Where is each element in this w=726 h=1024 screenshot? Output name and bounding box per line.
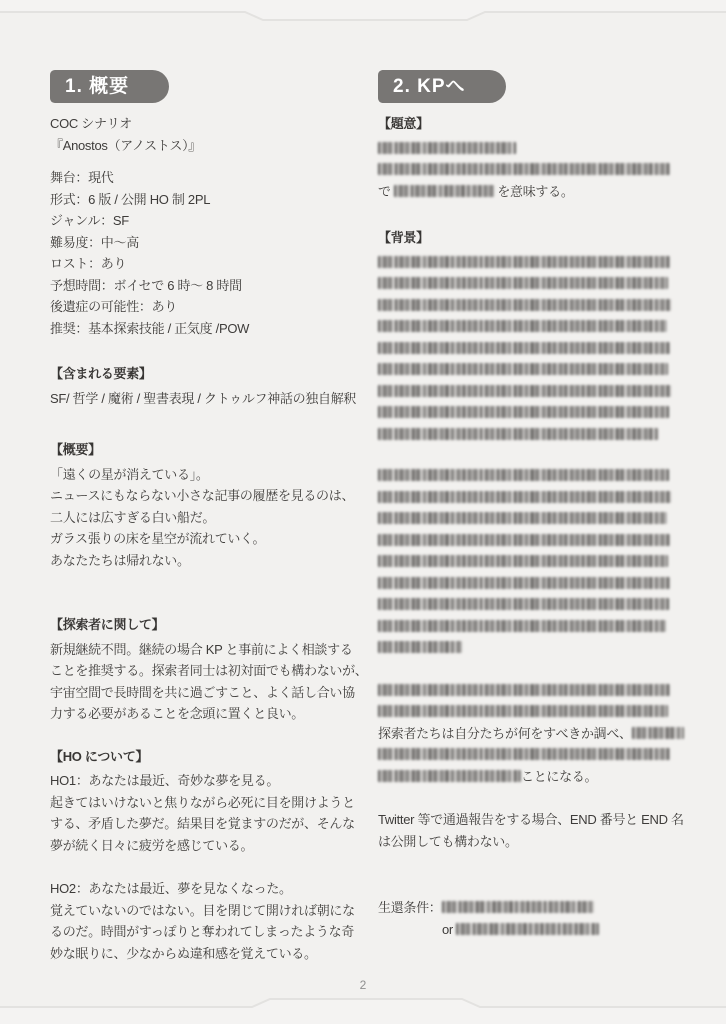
- text-line: 形式：6 版 / 公開 HO 制 2PL: [50, 189, 358, 211]
- redacted-text: [378, 534, 670, 546]
- vertical-gap: [378, 445, 680, 465]
- paragraph: [378, 252, 680, 446]
- redacted-text: [378, 163, 670, 175]
- redacted-text: [378, 277, 668, 289]
- paragraph: 生還条件：or: [378, 897, 680, 940]
- vertical-gap: [378, 202, 680, 227]
- paragraph: Twitter 等で通過報告をする場合、END 番号と END 名は公開しても構…: [378, 809, 680, 852]
- text-line: する、矛盾した夢だ。結果目を覚ますのだが、そんな: [50, 813, 358, 835]
- text-line: [378, 159, 680, 181]
- text-line: は公開しても構わない。: [378, 831, 680, 853]
- text-line: [378, 465, 680, 487]
- paragraph: 新規継続不問。継続の場合 KP と事前によく相談することを推奨する。探索者同士は…: [50, 639, 358, 725]
- text-line: 探索者たちは自分たちが何をすべきか調べ、: [378, 723, 680, 745]
- text-line: [378, 316, 680, 338]
- redacted-text: [378, 428, 658, 440]
- text-line: [378, 744, 680, 766]
- text-line: 推奨：基本探索技能 / 正気度 /POW: [50, 318, 358, 340]
- text-line: [378, 508, 680, 530]
- redacted-text: [378, 598, 669, 610]
- text-line: 予想時間：ボイセで 6 時〜 8 時間: [50, 275, 358, 297]
- text-line: 宇宙空間で長時間を共に過ごすこと、よく話し合い協: [50, 682, 358, 704]
- text-line: COC シナリオ: [50, 113, 358, 135]
- text-line: 二人には広すぎる白い船だ。: [50, 507, 358, 529]
- redacted-text: [632, 727, 684, 739]
- text-line: ロスト：あり: [50, 253, 358, 275]
- scenario-page: 1. 概要COC シナリオ『Anostos（アノストス）』舞台：現代形式：6 版…: [0, 0, 726, 1024]
- vertical-gap: [50, 409, 358, 439]
- redacted-text: [378, 512, 667, 524]
- text-line: [378, 594, 680, 616]
- paragraph: で を意味する。: [378, 138, 680, 203]
- text-line: HO2：あなたは最近、夢を見なくなった。: [50, 878, 358, 900]
- redacted-text: [442, 901, 594, 913]
- text-line: [378, 402, 680, 424]
- redacted-text: [378, 385, 671, 397]
- text-line: あなたたちは帰れない。: [50, 550, 358, 572]
- text-line: [378, 487, 680, 509]
- vertical-gap: [378, 103, 680, 113]
- text-line: ことになる。: [378, 766, 680, 788]
- redacted-text: [394, 185, 494, 197]
- vertical-gap: [378, 659, 680, 680]
- indent-spacer: [378, 933, 442, 934]
- text-line: ニュースにもならない小さな記事の履歴を見るのは、: [50, 485, 358, 507]
- redacted-text: [378, 641, 462, 653]
- redacted-text: [378, 620, 666, 632]
- vertical-gap: [378, 852, 680, 897]
- redacted-text: [378, 363, 668, 375]
- text-line: or: [378, 919, 680, 941]
- paragraph: 「遠くの星が消えている」。ニュースにもならない小さな記事の履歴を見るのは、二人に…: [50, 464, 358, 572]
- text-line: 舞台：現代: [50, 167, 358, 189]
- text-line: [378, 424, 680, 446]
- text-line: で を意味する。: [378, 181, 680, 203]
- text-line: [378, 637, 680, 659]
- paragraph: SF/ 哲学 / 魔術 / 聖書表現 / クトゥルフ神話の独自解釈: [50, 388, 358, 410]
- vertical-gap: [378, 787, 680, 809]
- right-column: 2. KPへ【題意】で を意味する。【背景】探索者たちは自分たちが何をすべきか調…: [378, 70, 680, 940]
- redacted-text: [378, 555, 668, 567]
- redacted-text: [378, 406, 669, 418]
- vertical-gap: [50, 725, 358, 746]
- subsection-heading: 【題意】: [378, 113, 680, 135]
- paragraph: [378, 465, 680, 659]
- text-line: ことを推奨する。探索者同士は初対面でも構わないが、: [50, 660, 358, 682]
- text-line: 夢が続く日々に疲労を感じている。: [50, 835, 358, 857]
- text-line: 生還条件：: [378, 897, 680, 919]
- text-line: [378, 252, 680, 274]
- text-line: [378, 573, 680, 595]
- text-line: [378, 530, 680, 552]
- text-line: HO1：あなたは最近、奇妙な夢を見る。: [50, 770, 358, 792]
- text-line: [378, 381, 680, 403]
- subsection-heading: 【概要】: [50, 439, 358, 461]
- page-number: 2: [0, 978, 726, 992]
- redacted-text: [378, 705, 668, 717]
- redacted-text: [378, 469, 669, 481]
- subsection-heading: 【HO について】: [50, 746, 358, 768]
- redacted-text: [378, 142, 516, 154]
- section-header: 1. 概要: [50, 70, 358, 103]
- vertical-gap: [50, 103, 358, 113]
- subsection-heading: 【含まれる要素】: [50, 363, 358, 385]
- text-line: SF/ 哲学 / 魔術 / 聖書表現 / クトゥルフ神話の独自解釈: [50, 388, 358, 410]
- redacted-text: [378, 342, 670, 354]
- text-line: 後遺症の可能性：あり: [50, 296, 358, 318]
- text-line: ガラス張りの床を星空が流れていく。: [50, 528, 358, 550]
- text-line: 起きてはいけないと焦りながら必死に目を開けようと: [50, 792, 358, 814]
- redacted-text: [378, 299, 671, 311]
- text-line: 力する必要があることを念頭に置くと良い。: [50, 703, 358, 725]
- text-line: 覚えていないのではない。目を閉じて開ければ朝にな: [50, 900, 358, 922]
- text-line: [378, 338, 680, 360]
- redacted-text: [378, 577, 670, 589]
- text-line: 『Anostos（アノストス）』: [50, 135, 358, 157]
- redacted-text: [378, 770, 521, 782]
- subsection-heading: 【探索者に関して】: [50, 614, 358, 636]
- text-line: Twitter 等で通過報告をする場合、END 番号と END 名: [378, 809, 680, 831]
- text-line: るのだ。時間がすっぽりと奪われてしまったような奇: [50, 921, 358, 943]
- text-line: 難易度：中〜高: [50, 232, 358, 254]
- section-badge: 1. 概要: [50, 70, 169, 103]
- left-column: 1. 概要COC シナリオ『Anostos（アノストス）』舞台：現代形式：6 版…: [50, 70, 358, 964]
- text-line: [378, 616, 680, 638]
- subsection-heading: 【背景】: [378, 227, 680, 249]
- paragraph: COC シナリオ『Anostos（アノストス）』: [50, 113, 358, 156]
- redacted-text: [378, 256, 670, 268]
- vertical-gap: [50, 856, 358, 878]
- text-line: 「遠くの星が消えている」。: [50, 464, 358, 486]
- text-line: [378, 138, 680, 160]
- redacted-text: [378, 320, 667, 332]
- vertical-gap: [50, 339, 358, 363]
- vertical-gap: [50, 156, 358, 167]
- paragraph: HO2：あなたは最近、夢を見なくなった。覚えていないのではない。目を閉じて開けれ…: [50, 878, 358, 964]
- redacted-text: [456, 923, 599, 935]
- text-line: 新規継続不問。継続の場合 KP と事前によく相談する: [50, 639, 358, 661]
- redacted-text: [378, 748, 670, 760]
- paragraph: 舞台：現代形式：6 版 / 公開 HO 制 2PLジャンル：SF難易度：中〜高ロ…: [50, 167, 358, 339]
- text-line: ジャンル：SF: [50, 210, 358, 232]
- redacted-text: [378, 684, 670, 696]
- text-line: [378, 701, 680, 723]
- text-line: [378, 359, 680, 381]
- text-line: [378, 680, 680, 702]
- paragraph: 探索者たちは自分たちが何をすべきか調べ、ことになる。: [378, 680, 680, 788]
- vertical-gap: [50, 571, 358, 614]
- text-line: 妙な眠りに、少なからぬ違和感を覚えている。: [50, 943, 358, 965]
- redacted-text: [378, 491, 671, 503]
- section-badge: 2. KPへ: [378, 70, 506, 103]
- text-line: [378, 273, 680, 295]
- text-line: [378, 295, 680, 317]
- section-header: 2. KPへ: [378, 70, 680, 103]
- text-line: [378, 551, 680, 573]
- paragraph: HO1：あなたは最近、奇妙な夢を見る。起きてはいけないと焦りながら必死に目を開け…: [50, 770, 358, 856]
